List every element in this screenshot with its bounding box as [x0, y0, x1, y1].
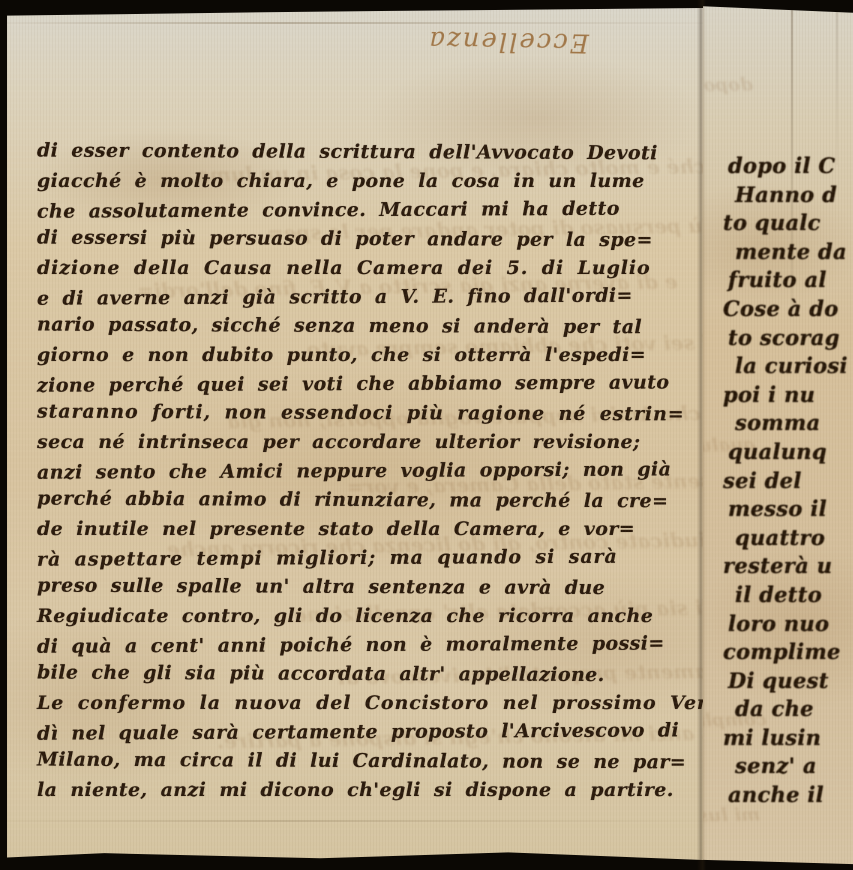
manuscript-fragment-line: mente da	[735, 238, 853, 267]
fold-crease-right-edge	[836, 5, 838, 165]
manuscript-fragment-line: somma	[735, 409, 853, 438]
manuscript-fragment-line: to scorag	[728, 324, 853, 353]
manuscript-fragment-line: Hanno d	[735, 181, 853, 210]
manuscript-line: bile che gli sia più accordata altr' app…	[37, 659, 699, 691]
manuscript-line: staranno forti, non essendoci più ragion…	[37, 398, 699, 430]
manuscript-fragment-line: mi lusin	[723, 724, 853, 753]
manuscript-line: che assolutamente convince. Maccari mi h…	[37, 194, 699, 226]
manuscript-fragment-line: da che	[735, 695, 853, 724]
manuscript-fragment-line: sei del	[723, 467, 853, 496]
manuscript-line: seca né intrinseca per accordare ulterio…	[37, 428, 699, 457]
manuscript-line: preso sulle spalle un' altra sentenza e …	[37, 572, 699, 604]
manuscript-text-block: di esser contento della scrittura dell'A…	[37, 138, 699, 805]
manuscript-line: de inutile nel presente stato della Came…	[37, 515, 699, 544]
manuscript-fragment-line: poi i nu	[723, 381, 853, 410]
manuscript-line: di quà a cent' anni poiché non è moralme…	[37, 629, 699, 661]
manuscript-line: giacché è molto chiara, e pone la cosa i…	[37, 167, 699, 196]
manuscript-fragment-line: senz' a	[735, 752, 853, 781]
manuscript-line: zione perché quei sei voti che abbiamo s…	[37, 368, 699, 400]
letter-page-left: Eccellenza giacché è molto chiara, e pon…	[7, 8, 703, 860]
verso-inscription-mirrored: Eccellenza	[399, 12, 590, 57]
manuscript-line: anzi sento che Amici neppure voglia oppo…	[37, 455, 699, 487]
fold-crease-bottom	[7, 820, 703, 822]
manuscript-line: di esser contento della scrittura dell'A…	[37, 137, 699, 169]
letter-page-right: dopo il C qualunq complime mi lusin dopo…	[703, 5, 853, 865]
manuscript-fragment-line: fruito al	[728, 266, 853, 295]
manuscript-fragment-line: anche il	[728, 781, 853, 810]
manuscript-line: Le confermo la nuova del Concistoro nel …	[37, 689, 699, 718]
manuscript-fragment-line: qualunq	[728, 438, 853, 467]
manuscript-fragment-line: il detto	[735, 581, 853, 610]
manuscript-fragment-line: Cose à do	[723, 295, 853, 324]
manuscript-fragment-line: to qualc	[723, 209, 853, 238]
center-fold-shadow	[697, 0, 706, 870]
manuscript-line: Milano, ma circa il di lui Cardinalato, …	[37, 746, 699, 778]
manuscript-line: di essersi più persuaso di poter andare …	[37, 224, 699, 256]
manuscript-line: e di averne anzi già scritto a V. E. fin…	[37, 281, 699, 313]
manuscript-line: rà aspettare tempi migliori; ma quando s…	[37, 542, 699, 574]
fold-crease-top	[7, 22, 703, 24]
manuscript-line: giorno e non dubito punto, che si otterr…	[37, 341, 699, 370]
manuscript-fragment-line: messo il	[728, 495, 853, 524]
manuscript-fragment-line: la curiosi	[735, 352, 853, 381]
manuscript-line: perché abbia animo di rinunziare, ma per…	[37, 485, 699, 517]
manuscript-line: dizione della Causa nella Camera dei 5. …	[37, 254, 699, 283]
manuscript-line: la niente, anzi mi dicono ch'egli si dis…	[37, 776, 699, 805]
manuscript-line: Regiudicate contro, gli do licenza che r…	[37, 602, 699, 631]
manuscript-fragment-line: dopo il C	[728, 152, 853, 181]
manuscript-line: nario passato, sicché senza meno si ande…	[37, 311, 699, 343]
manuscript-fragment-line: resterà u	[723, 552, 853, 581]
manuscript-line: dì nel quale sarà certamente proposto l'…	[37, 716, 699, 748]
manuscript-fragment-line: complime	[723, 638, 853, 667]
manuscript-fragment-line: loro nuo	[728, 610, 853, 639]
scanned-letter: Eccellenza giacché è molto chiara, e pon…	[0, 0, 853, 870]
ink-bleed-fragment: dopo il C	[703, 74, 753, 97]
manuscript-fragment-line: Di quest	[728, 667, 853, 696]
manuscript-fragment-line: quattro	[735, 524, 853, 553]
manuscript-fragment-block: dopo il C Hanno d to qualc mente da frui…	[728, 152, 853, 810]
